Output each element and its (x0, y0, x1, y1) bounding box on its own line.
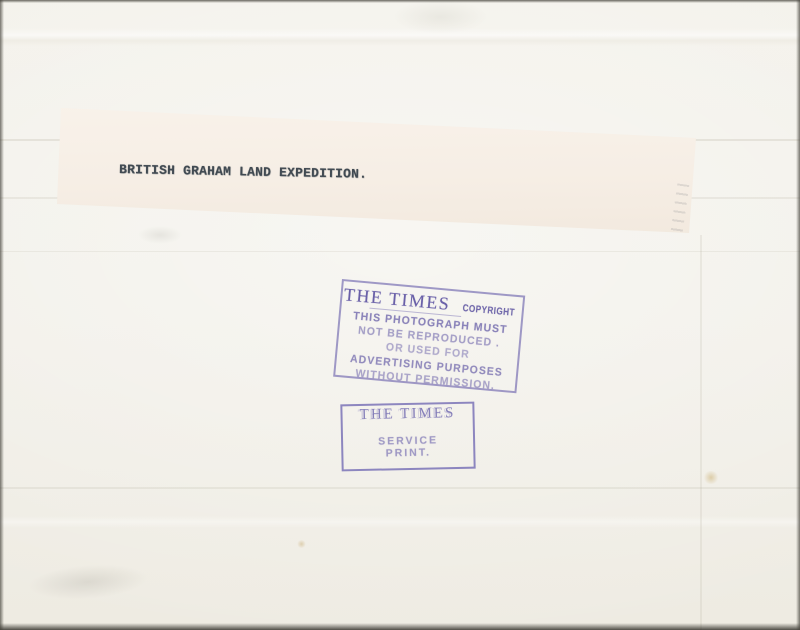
photo-edge-bottom (0, 623, 800, 630)
caption-line: Some of the 62 dogs which will be used b… (118, 218, 606, 247)
caption-line: BRITISH GRAHAM LAND EXPEDITION. (119, 160, 607, 189)
paper-streak (0, 487, 800, 489)
photo-edge-top (0, 0, 800, 3)
photo-verso: BRITISH GRAHAM LAND EXPEDITION. Some of … (0, 0, 800, 630)
stamp-copyright-word: COPYRIGHT (462, 303, 515, 319)
photo-edge-left (0, 0, 4, 630)
times-copyright-stamp: THE TIMES COPYRIGHT THIS PHOTOGRAPH MUST… (333, 279, 525, 393)
stain-spot (703, 471, 719, 484)
pencil-smudge (671, 183, 690, 232)
paper-streak (0, 516, 800, 528)
stamp-body-text: THIS PHOTOGRAPH MUST NOT BE REPRODUCED .… (335, 308, 521, 395)
pencil-smudge (138, 226, 182, 244)
faint-ghost-mark (393, 0, 488, 34)
photo-edge-right (796, 0, 800, 630)
caption-label-strip: BRITISH GRAHAM LAND EXPEDITION. Some of … (54, 98, 704, 240)
times-service-print-stamp: THE TIMES SERVICE PRINT. (340, 402, 475, 472)
paper-crease-line (700, 235, 702, 630)
pencil-smudge (27, 561, 149, 603)
service-stamp-line: PRINT. (343, 446, 473, 460)
stain-spot (297, 540, 306, 548)
service-stamp-text: SERVICE PRINT. (343, 435, 473, 461)
paper-streak (0, 251, 800, 252)
service-stamp-title: THE TIMES (342, 405, 472, 425)
paper-streak (0, 28, 800, 46)
